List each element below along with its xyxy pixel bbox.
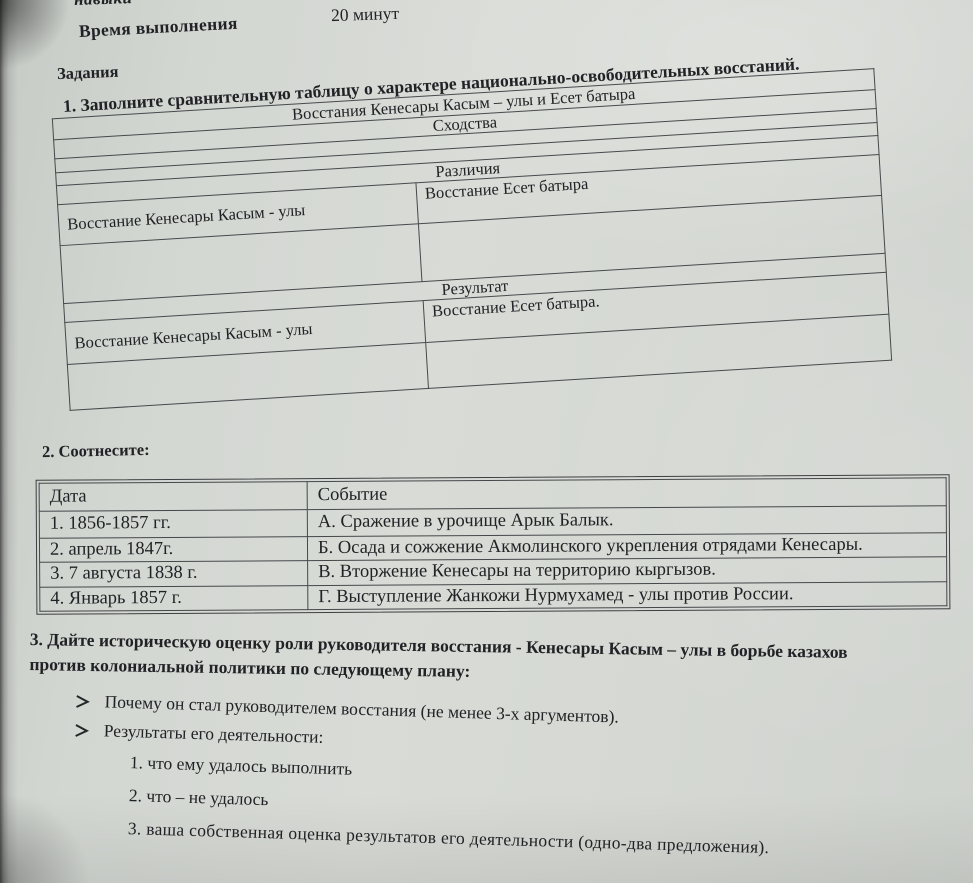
arrow-bullet-icon bbox=[74, 723, 90, 737]
date-cell: 1. 1856-1857 гг. bbox=[39, 510, 307, 539]
date-cell: 3. 7 августа 1838 г. bbox=[40, 561, 308, 588]
matching-table-border: Дата Событие 1. 1856-1857 гг. А. Сражени… bbox=[36, 474, 951, 615]
event-cell: А. Сражение в урочище Арык Балык. bbox=[307, 506, 946, 537]
time-label: Время выполнения bbox=[78, 13, 238, 42]
date-cell: 2. апрель 1847г. bbox=[39, 537, 307, 563]
task2-title: 2. Соотнесите: bbox=[42, 440, 150, 462]
task3-plan-list: Почему он стал руководителем восстания (… bbox=[55, 690, 879, 873]
bullet-text: Результаты его деятельности: bbox=[103, 720, 323, 748]
tasks-heading: Задания bbox=[57, 62, 119, 84]
comparison-table: Восстания Кенесары Касым – улы и Есет ба… bbox=[52, 68, 892, 411]
arrow-bullet-icon bbox=[74, 694, 90, 708]
table-row: 4. Январь 1857 г. Г. Выступление Жанкожи… bbox=[40, 582, 947, 612]
event-cell: В. Вторжение Кенесары на территорию кырг… bbox=[308, 557, 947, 586]
date-cell: 4. Январь 1857 г. bbox=[40, 586, 308, 612]
time-value: 20 минут bbox=[331, 3, 400, 26]
date-header-cell: Дата bbox=[39, 482, 307, 512]
document-photo: навыки Время выполнения 20 минут Задания… bbox=[0, 0, 973, 883]
event-cell: Г. Выступление Жанкожи Нурмухамед - улы … bbox=[308, 582, 947, 610]
matching-table: Дата Событие 1. 1856-1857 гг. А. Сражени… bbox=[39, 477, 948, 612]
task3-sub-list: 1. что ему удалось выполнить 2. что – не… bbox=[128, 752, 878, 861]
task3-title: 3. Дайте историческую оценку роли руково… bbox=[29, 627, 973, 692]
clipped-top-word: навыки bbox=[74, 0, 133, 10]
event-header-cell: Событие bbox=[307, 478, 946, 510]
